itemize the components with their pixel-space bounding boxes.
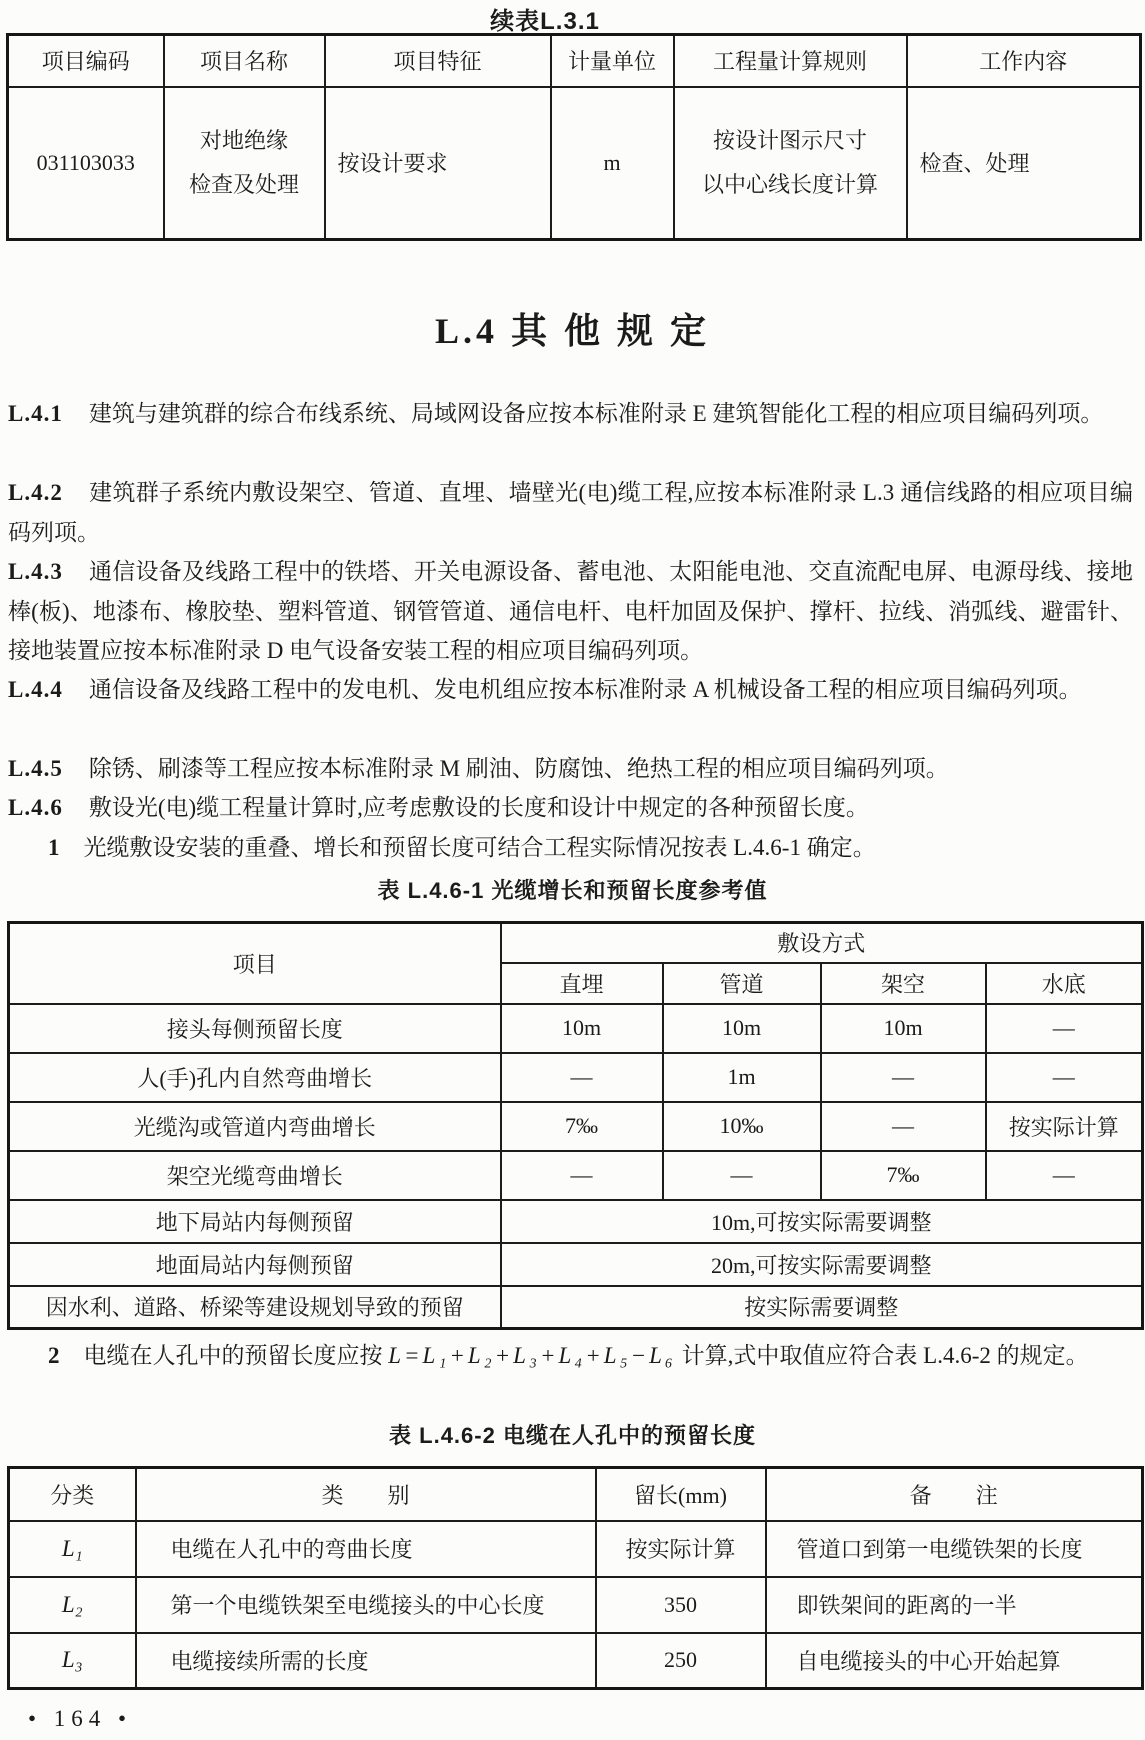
length-cell: 250 <box>596 1633 766 1689</box>
item-name-cell: 对地绝缘 检查及处理 <box>164 87 325 240</box>
category-cell: 电缆接续所需的长度 <box>136 1633 596 1689</box>
value-cell: — <box>986 1004 1143 1053</box>
row-label-cell: 接头每侧预留长度 <box>9 1004 501 1053</box>
table-row: L₁ 电缆在人孔中的弯曲长度 按实际计算 管道口到第一电缆铁架的长度 <box>9 1521 1143 1577</box>
section-heading: L.4 其 他 规 定 <box>0 303 1145 354</box>
header-cell: 工作内容 <box>907 35 1141 87</box>
continued-table-title: 续表L.3.1 <box>0 1 1090 36</box>
table-row: 031103033 对地绝缘 检查及处理 按设计要求 m 按设计图示尺寸 以中心… <box>8 87 1141 240</box>
continued-table: 项目编码 项目名称 项目特征 计量单位 工程量计算规则 工作内容 0311030… <box>6 33 1142 241</box>
rule-cell: 按设计图示尺寸 以中心线长度计算 <box>674 87 907 240</box>
value-cell: 10m <box>501 1004 663 1053</box>
table-row: 因水利、道路、桥梁等建设规划导致的预留 按实际需要调整 <box>9 1286 1143 1329</box>
value-cell: 7‰ <box>501 1102 663 1151</box>
subheader-cell: 架空 <box>821 963 986 1004</box>
page-number: • 164 • <box>28 1706 132 1732</box>
clause-label: L.4.6 <box>8 795 63 820</box>
value-cell: 按实际计算 <box>986 1102 1143 1151</box>
note-cell: 管道口到第一电缆铁架的长度 <box>766 1521 1143 1577</box>
cable-length-formula: L=L₁+L₂+L₃+L₄+L₅−L₆ <box>388 1343 676 1368</box>
subheader-cell: 管道 <box>663 963 821 1004</box>
row-label-cell: 光缆沟或管道内弯曲增长 <box>9 1102 501 1151</box>
header-cell: 计量单位 <box>551 35 674 87</box>
value-cell: 7‰ <box>821 1151 986 1200</box>
clause-l444: L.4.4通信设备及线路工程中的发电机、发电机组应按本标准附录 A 机械设备工程… <box>8 670 1133 710</box>
header-cell: 留长(mm) <box>596 1468 766 1521</box>
work-content-cell: 检查、处理 <box>907 87 1141 240</box>
value-cell: — <box>986 1053 1143 1102</box>
class-cell: L₂ <box>9 1577 136 1633</box>
clause-l443: L.4.3通信设备及线路工程中的铁塔、开关电源设备、蓄电池、太阳能电池、交直流配… <box>8 552 1133 671</box>
table-row: 光缆沟或管道内弯曲增长 7‰ 10‰ — 按实际计算 <box>9 1102 1143 1151</box>
span-value-cell: 按实际需要调整 <box>501 1286 1143 1329</box>
value-cell: — <box>663 1151 821 1200</box>
header-cell: 敷设方式 <box>501 923 1143 963</box>
class-cell: L₃ <box>9 1633 136 1689</box>
clause-l441: L.4.1建筑与建筑群的综合布线系统、局域网设备应按本标准附录 E 建筑智能化工… <box>8 394 1133 434</box>
value-cell: — <box>821 1053 986 1102</box>
subitem-2: 2电缆在人孔中的预留长度应按 L=L₁+L₂+L₃+L₄+L₅−L₆ 计算,式中… <box>8 1336 1133 1376</box>
document-page: 续表L.3.1 项目编码 项目名称 项目特征 计量单位 工程量计算规则 工作内容… <box>0 0 1145 1740</box>
table-l461: 项目 敷设方式 直埋 管道 架空 水底 接头每侧预留长度 10m 10m 10m… <box>7 921 1144 1330</box>
row-label-cell: 地面局站内每侧预留 <box>9 1243 501 1286</box>
clause-label: L.4.3 <box>8 559 63 584</box>
value-cell: — <box>821 1102 986 1151</box>
clause-text: 建筑与建筑群的综合布线系统、局域网设备应按本标准附录 E 建筑智能化工程的相应项… <box>89 401 1104 426</box>
subitem-label: 2 <box>48 1343 60 1368</box>
clause-label: L.4.2 <box>8 480 63 505</box>
table-header-row: 项目编码 项目名称 项目特征 计量单位 工程量计算规则 工作内容 <box>8 35 1141 87</box>
header-cell: 类 别 <box>136 1468 596 1521</box>
item-feature-cell: 按设计要求 <box>325 87 551 240</box>
span-value-cell: 20m,可按实际需要调整 <box>501 1243 1143 1286</box>
value-cell: — <box>501 1151 663 1200</box>
header-cell: 工程量计算规则 <box>674 35 907 87</box>
table-row: 架空光缆弯曲增长 — — 7‰ — <box>9 1151 1143 1200</box>
table-row: 地下局站内每侧预留 10m,可按实际需要调整 <box>9 1200 1143 1243</box>
table-row: L₃ 电缆接续所需的长度 250 自电缆接头的中心开始起算 <box>9 1633 1143 1689</box>
clause-l442: L.4.2建筑群子系统内敷设架空、管道、直埋、墙壁光(电)缆工程,应按本标准附录… <box>8 473 1133 552</box>
value-cell: 1m <box>663 1053 821 1102</box>
table-row: L₂ 第一个电缆铁架至电缆接头的中心长度 350 即铁架间的距离的一半 <box>9 1577 1143 1633</box>
clause-text: 敷设光(电)缆工程量计算时,应考虑敷设的长度和设计中规定的各种预留长度。 <box>89 795 869 820</box>
table-header-row: 分类 类 别 留长(mm) 备 注 <box>9 1468 1143 1521</box>
table-l462-title: 表 L.4.6-2 电缆在人孔中的预留长度 <box>0 1419 1145 1450</box>
table-row: 地面局站内每侧预留 20m,可按实际需要调整 <box>9 1243 1143 1286</box>
item-name-line: 对地绝缘 <box>169 119 320 163</box>
row-label-cell: 架空光缆弯曲增长 <box>9 1151 501 1200</box>
table-l462: 分类 类 别 留长(mm) 备 注 L₁ 电缆在人孔中的弯曲长度 按实际计算 管… <box>7 1466 1144 1690</box>
clause-label: L.4.5 <box>8 756 63 781</box>
category-cell: 第一个电缆铁架至电缆接头的中心长度 <box>136 1577 596 1633</box>
subheader-cell: 水底 <box>986 963 1143 1004</box>
unit-cell: m <box>551 87 674 240</box>
row-label-cell: 人(手)孔内自然弯曲增长 <box>9 1053 501 1102</box>
clause-l445: L.4.5除锈、刷漆等工程应按本标准附录 M 刷油、防腐蚀、绝热工程的相应项目编… <box>8 749 1133 789</box>
rule-line: 按设计图示尺寸 <box>679 119 902 163</box>
clause-label: L.4.1 <box>8 401 63 426</box>
table-row: 接头每侧预留长度 10m 10m 10m — <box>9 1004 1143 1053</box>
header-cell: 项目特征 <box>325 35 551 87</box>
class-cell: L₁ <box>9 1521 136 1577</box>
clause-l446: L.4.6敷设光(电)缆工程量计算时,应考虑敷设的长度和设计中规定的各种预留长度… <box>8 788 1133 828</box>
table-row: 人(手)孔内自然弯曲增长 — 1m — — <box>9 1053 1143 1102</box>
length-cell: 350 <box>596 1577 766 1633</box>
subitem-text: 电缆在人孔中的预留长度应按 <box>84 1343 389 1368</box>
table-header-row: 项目 敷设方式 <box>9 923 1143 963</box>
row-label-cell: 地下局站内每侧预留 <box>9 1200 501 1243</box>
category-cell: 电缆在人孔中的弯曲长度 <box>136 1521 596 1577</box>
rule-line: 以中心线长度计算 <box>679 163 902 207</box>
subitem-label: 1 <box>48 835 60 860</box>
value-cell: — <box>501 1053 663 1102</box>
clause-label: L.4.4 <box>8 677 63 702</box>
value-cell: 10m <box>821 1004 986 1053</box>
value-cell: 10m <box>663 1004 821 1053</box>
span-value-cell: 10m,可按实际需要调整 <box>501 1200 1143 1243</box>
item-name-line: 检查及处理 <box>169 163 320 207</box>
item-code-cell: 031103033 <box>8 87 164 240</box>
note-cell: 自电缆接头的中心开始起算 <box>766 1633 1143 1689</box>
header-cell: 项目名称 <box>164 35 325 87</box>
note-cell: 即铁架间的距离的一半 <box>766 1577 1143 1633</box>
table-l461-title: 表 L.4.6-1 光缆增长和预留长度参考值 <box>0 874 1145 905</box>
value-cell: — <box>986 1151 1143 1200</box>
header-cell: 分类 <box>9 1468 136 1521</box>
header-cell: 项目 <box>9 923 501 1004</box>
clause-text: 通信设备及线路工程中的发电机、发电机组应按本标准附录 A 机械设备工程的相应项目… <box>89 677 1082 702</box>
clause-text: 除锈、刷漆等工程应按本标准附录 M 刷油、防腐蚀、绝热工程的相应项目编码列项。 <box>89 756 949 781</box>
subheader-cell: 直埋 <box>501 963 663 1004</box>
subitem-text: 计算,式中取值应符合表 L.4.6-2 的规定。 <box>676 1343 1089 1368</box>
row-label-cell: 因水利、道路、桥梁等建设规划导致的预留 <box>9 1286 501 1329</box>
subitem-1: 1光缆敷设安装的重叠、增长和预留长度可结合工程实际情况按表 L.4.6-1 确定… <box>8 828 1133 868</box>
clause-text: 建筑群子系统内敷设架空、管道、直埋、墙壁光(电)缆工程,应按本标准附录 L.3 … <box>8 480 1133 545</box>
header-cell: 备 注 <box>766 1468 1143 1521</box>
clause-text: 通信设备及线路工程中的铁塔、开关电源设备、蓄电池、太阳能电池、交直流配电屏、电源… <box>8 559 1133 663</box>
length-cell: 按实际计算 <box>596 1521 766 1577</box>
header-cell: 项目编码 <box>8 35 164 87</box>
subitem-text: 光缆敷设安装的重叠、增长和预留长度可结合工程实际情况按表 L.4.6-1 确定。 <box>84 835 876 860</box>
value-cell: 10‰ <box>663 1102 821 1151</box>
